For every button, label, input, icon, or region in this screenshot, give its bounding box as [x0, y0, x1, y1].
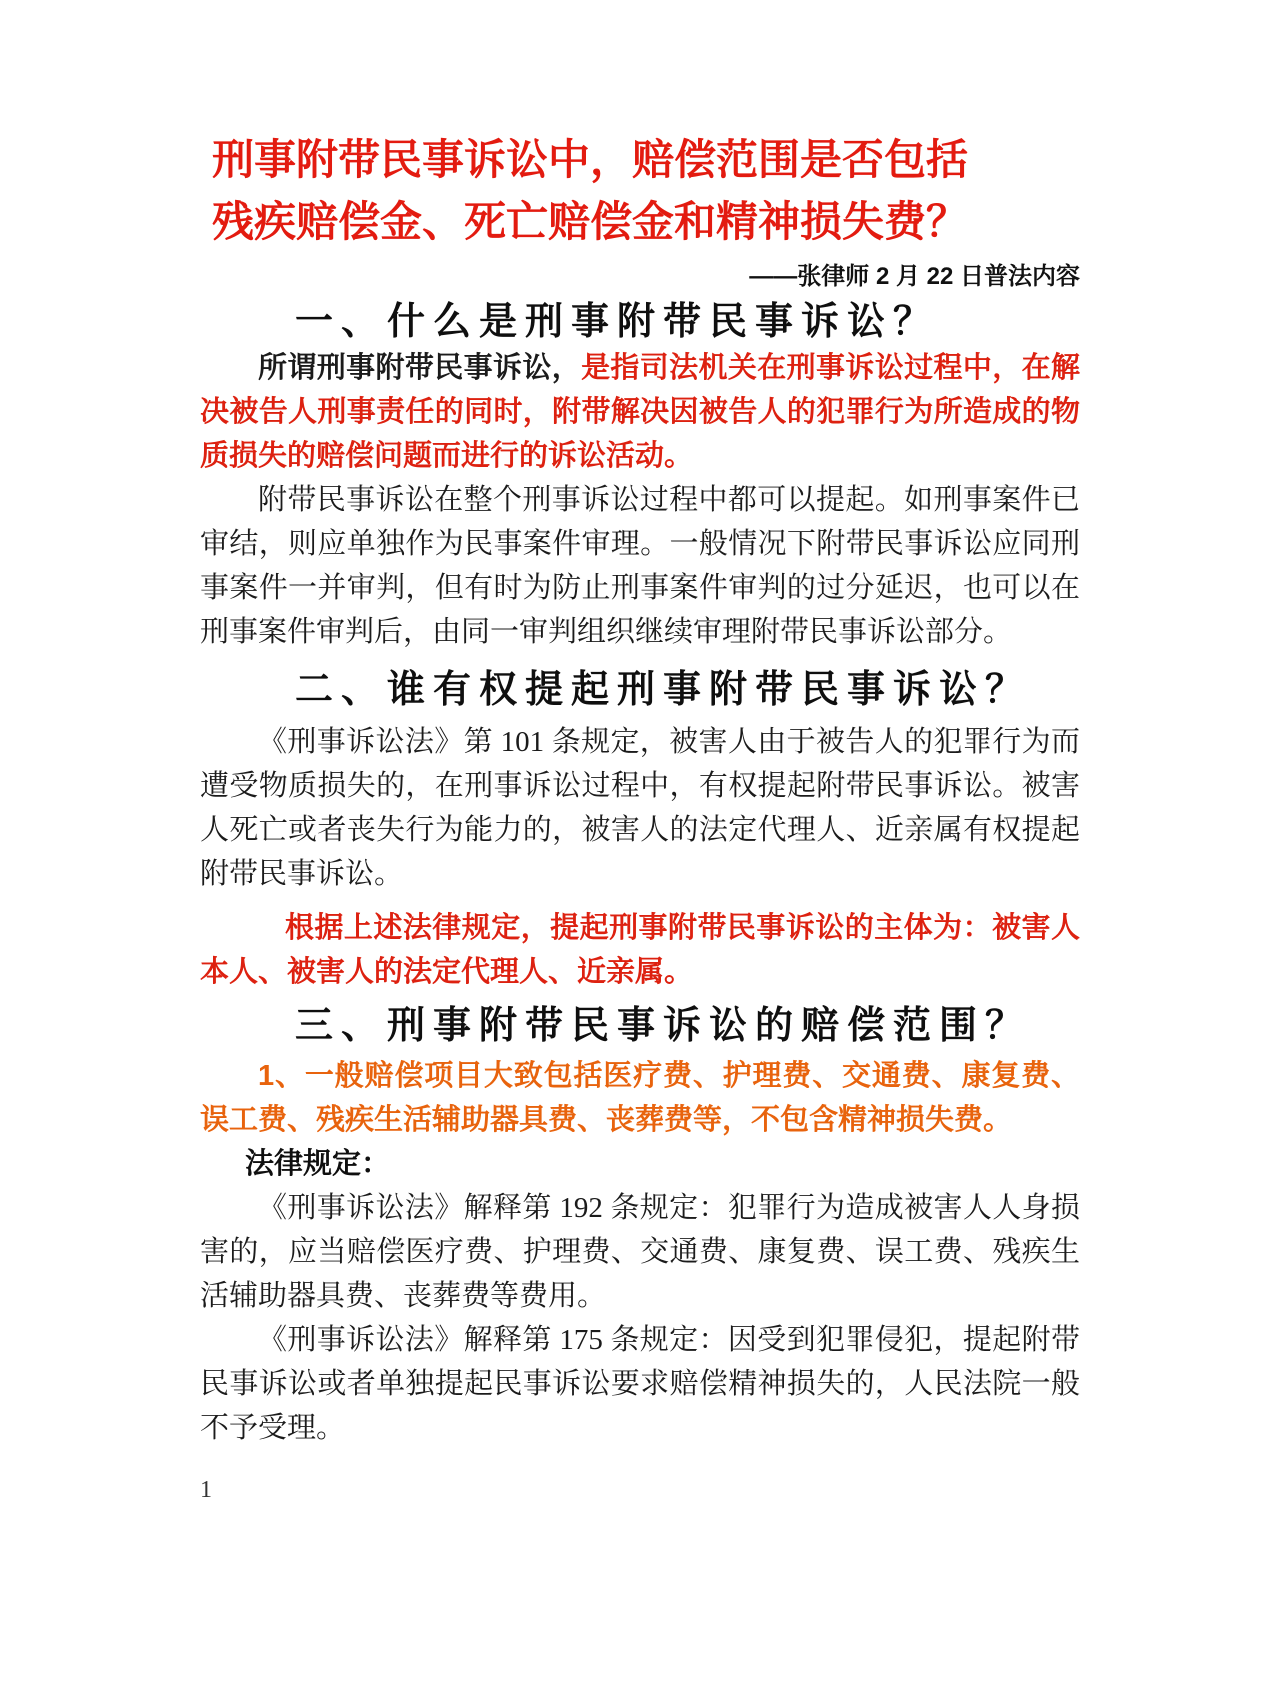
section1-definition-paragraph: 所谓刑事附带民事诉讼，是指司法机关在刑事诉讼过程中，在解决被告人刑事责任的同时，…	[200, 346, 1080, 478]
section3-heading: 三、刑事附带民事诉讼的赔偿范围？	[200, 1002, 1080, 1050]
section2-heading: 二、谁有权提起刑事附带民事诉讼？	[200, 666, 1080, 714]
law-provisions-label: 法律规定：	[200, 1142, 1080, 1186]
section3-rule175-paragraph: 《刑事诉讼法》解释第 175 条规定：因受到犯罪侵犯，提起附带民事诉讼或者单独提…	[200, 1318, 1080, 1450]
document-page: 刑事附带民事诉讼中，赔偿范围是否包括 残疾赔偿金、死亡赔偿金和精神损失费？ ——…	[0, 0, 1280, 1706]
document-title: 刑事附带民事诉讼中，赔偿范围是否包括 残疾赔偿金、死亡赔偿金和精神损失费？	[200, 130, 1080, 254]
section1-timing-paragraph: 附带民事诉讼在整个刑事诉讼过程中都可以提起。如刑事案件已审结，则应单独作为民事案…	[200, 478, 1080, 654]
section2-law101-paragraph: 《刑事诉讼法》第 101 条规定，被害人由于被告人的犯罪行为而遭受物质损失的，在…	[200, 720, 1080, 896]
definition-lead-text: 所谓刑事附带民事诉讼，	[258, 352, 581, 384]
document-title-line2: 残疾赔偿金、死亡赔偿金和精神损失费？	[200, 192, 980, 254]
document-title-line1: 刑事附带民事诉讼中，赔偿范围是否包括	[200, 130, 980, 192]
page-number: 1	[200, 1474, 1080, 1506]
section3-items-paragraph: 1、一般赔偿项目大致包括医疗费、护理费、交通费、康复费、误工费、残疾生活辅助器具…	[200, 1054, 1080, 1142]
section1-heading: 一、什么是刑事附带民事诉讼？	[200, 298, 1080, 346]
section2-subjects-paragraph: 根据上述法律规定，提起刑事附带民事诉讼的主体为：被害人本人、被害人的法定代理人、…	[200, 906, 1080, 994]
section3-rule192-paragraph: 《刑事诉讼法》解释第 192 条规定：犯罪行为造成被害人人身损害的，应当赔偿医疗…	[200, 1186, 1080, 1318]
byline: ——张律师 2 月 22 日普法内容	[200, 260, 1080, 294]
